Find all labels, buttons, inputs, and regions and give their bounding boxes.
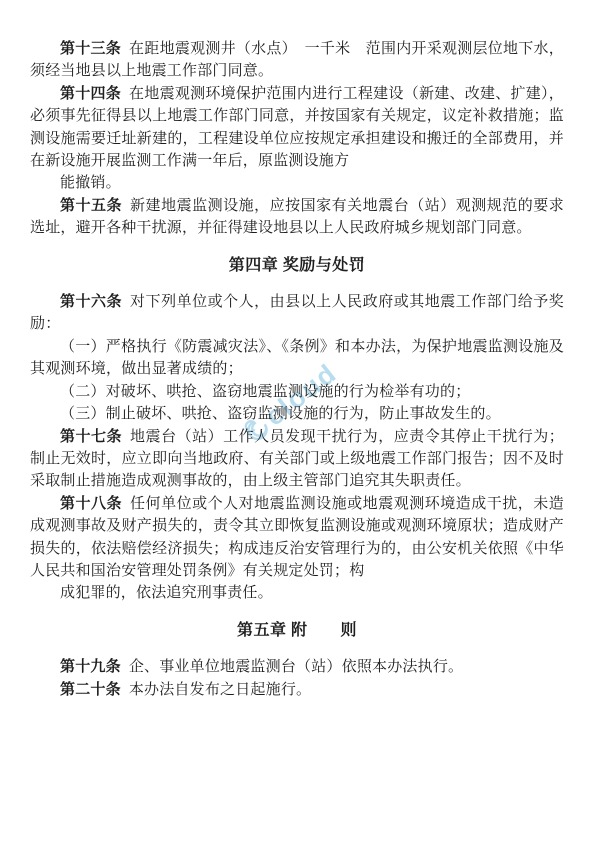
- paragraph-text: 成犯罪的，依法追究刑事责任。: [60, 585, 273, 601]
- article-paragraph: 第十九条企、事业单位地震监测台（站）依照本办法执行。: [30, 656, 564, 678]
- article-paragraph: 第十五条新建地震监测设施，应按国家有关地震台（站）观测规范的要求选址，避开各种干…: [30, 195, 564, 240]
- paragraph-text: （三）制止破坏、哄抢、盗窃监测设施的行为，防止事故发生的。: [60, 406, 501, 422]
- article-paragraph: 第十六条对下列单位或个人，由县以上人民政府或其地震工作部门给予奖励：: [30, 291, 564, 336]
- article-number: 第十六条: [60, 294, 122, 310]
- article-number: 第十八条: [60, 496, 122, 512]
- chapter-heading: 第四章 奖励与处罚: [30, 255, 564, 277]
- article-number: 第二十条: [60, 682, 121, 698]
- paragraph: 能撤销。: [30, 172, 564, 194]
- article-paragraph: 第十三条在距地震观测井（水点） 一千米 范围内开采观测层位地下水，须经当地县以上…: [30, 38, 564, 83]
- article-paragraph: 第十七条地震台（站）工作人员发现干扰行为，应责令其停止干扰行为；制止无效时，应立…: [30, 426, 564, 493]
- paragraph: （三）制止破坏、哄抢、盗窃监测设施的行为，防止事故发生的。: [30, 403, 564, 425]
- paragraph-text: 企、事业单位地震监测台（站）依照本办法执行。: [129, 659, 463, 675]
- document-page: cloud 第十三条在距地震观测井（水点） 一千米 范围内开采观测层位地下水，须…: [0, 0, 595, 841]
- chapter-heading: 第五章 附 则: [30, 620, 564, 642]
- document-content: 第十三条在距地震观测井（水点） 一千米 范围内开采观测层位地下水，须经当地县以上…: [0, 0, 595, 701]
- article-number: 第十四条: [60, 86, 121, 102]
- paragraph-text: 本办法自发布之日起施行。: [129, 682, 311, 698]
- paragraph: （二）对破坏、哄抢、盗窃地震监测设施的行为检举有功的；: [30, 381, 564, 403]
- article-paragraph: 第二十条本办法自发布之日起施行。: [30, 679, 564, 701]
- paragraph-text: （二）对破坏、哄抢、盗窃地震监测设施的行为检举有功的；: [60, 384, 470, 400]
- paragraph: 成犯罪的，依法追究刑事责任。: [30, 582, 564, 604]
- article-number: 第十三条: [60, 41, 121, 57]
- article-paragraph: 第十四条在地震观测环境保护范围内进行工程建设（新建、改建、扩建），必须事先征得县…: [30, 83, 564, 173]
- paragraph-text: 能撤销。: [60, 175, 121, 191]
- article-number: 第十五条: [60, 198, 122, 214]
- article-number: 第十七条: [60, 429, 122, 445]
- paragraph: （一）严格执行《防震减灾法》、《条例》和本办法，为保护地震监测设施及其观测环境，…: [30, 336, 564, 381]
- article-number: 第十九条: [60, 659, 121, 675]
- paragraph-text: （一）严格执行《防震减灾法》、《条例》和本办法，为保护地震监测设施及其观测环境，…: [30, 339, 564, 377]
- article-paragraph: 第十八条任何单位或个人对地震监测设施或地震观测环境造成干扰，未造成观测事故及财产…: [30, 493, 564, 583]
